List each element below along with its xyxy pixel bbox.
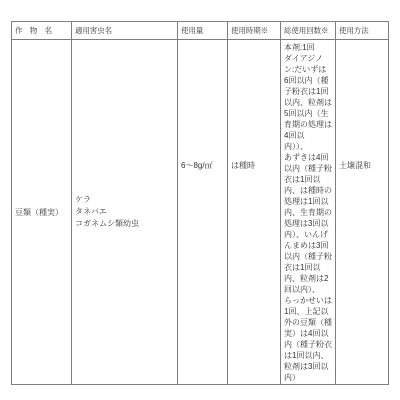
table-row: 豆類（種実） ケラ タネバエ コガネムシ類幼虫 6～8g/㎡ は種時 本剤:1回… (12, 40, 389, 385)
column-header-usage-method: 使用方法 (336, 22, 389, 40)
cell-usage-timing: は種時 (228, 40, 281, 385)
column-header-usage-amount: 使用量 (178, 22, 228, 40)
pesticide-usage-table: 作 物 名 適用害虫名 使用量 使用時期※ 総使用回数※ 使用方法 豆類（種実）… (11, 21, 389, 385)
cell-total-usage-count: 本剤:1回 ダイアジノ ン:だいずは 6回以内（種 子粉衣は1回 以内、粒剤は … (281, 40, 336, 385)
column-header-usage-timing: 使用時期※ (228, 22, 281, 40)
header-row: 作 物 名 適用害虫名 使用量 使用時期※ 総使用回数※ 使用方法 (12, 22, 389, 40)
column-header-applicable-pest: 適用害虫名 (72, 22, 178, 40)
cell-pest-names: ケラ タネバエ コガネムシ類幼虫 (72, 40, 178, 385)
document-page: 作 物 名 適用害虫名 使用量 使用時期※ 総使用回数※ 使用方法 豆類（種実）… (0, 0, 400, 400)
column-header-total-usage-count: 総使用回数※ (281, 22, 336, 40)
cell-usage-method: 土壌混和 (336, 40, 389, 385)
cell-usage-amount: 6～8g/㎡ (178, 40, 228, 385)
cell-crop-name: 豆類（種実） (12, 40, 72, 385)
column-header-crop-name: 作 物 名 (12, 22, 72, 40)
